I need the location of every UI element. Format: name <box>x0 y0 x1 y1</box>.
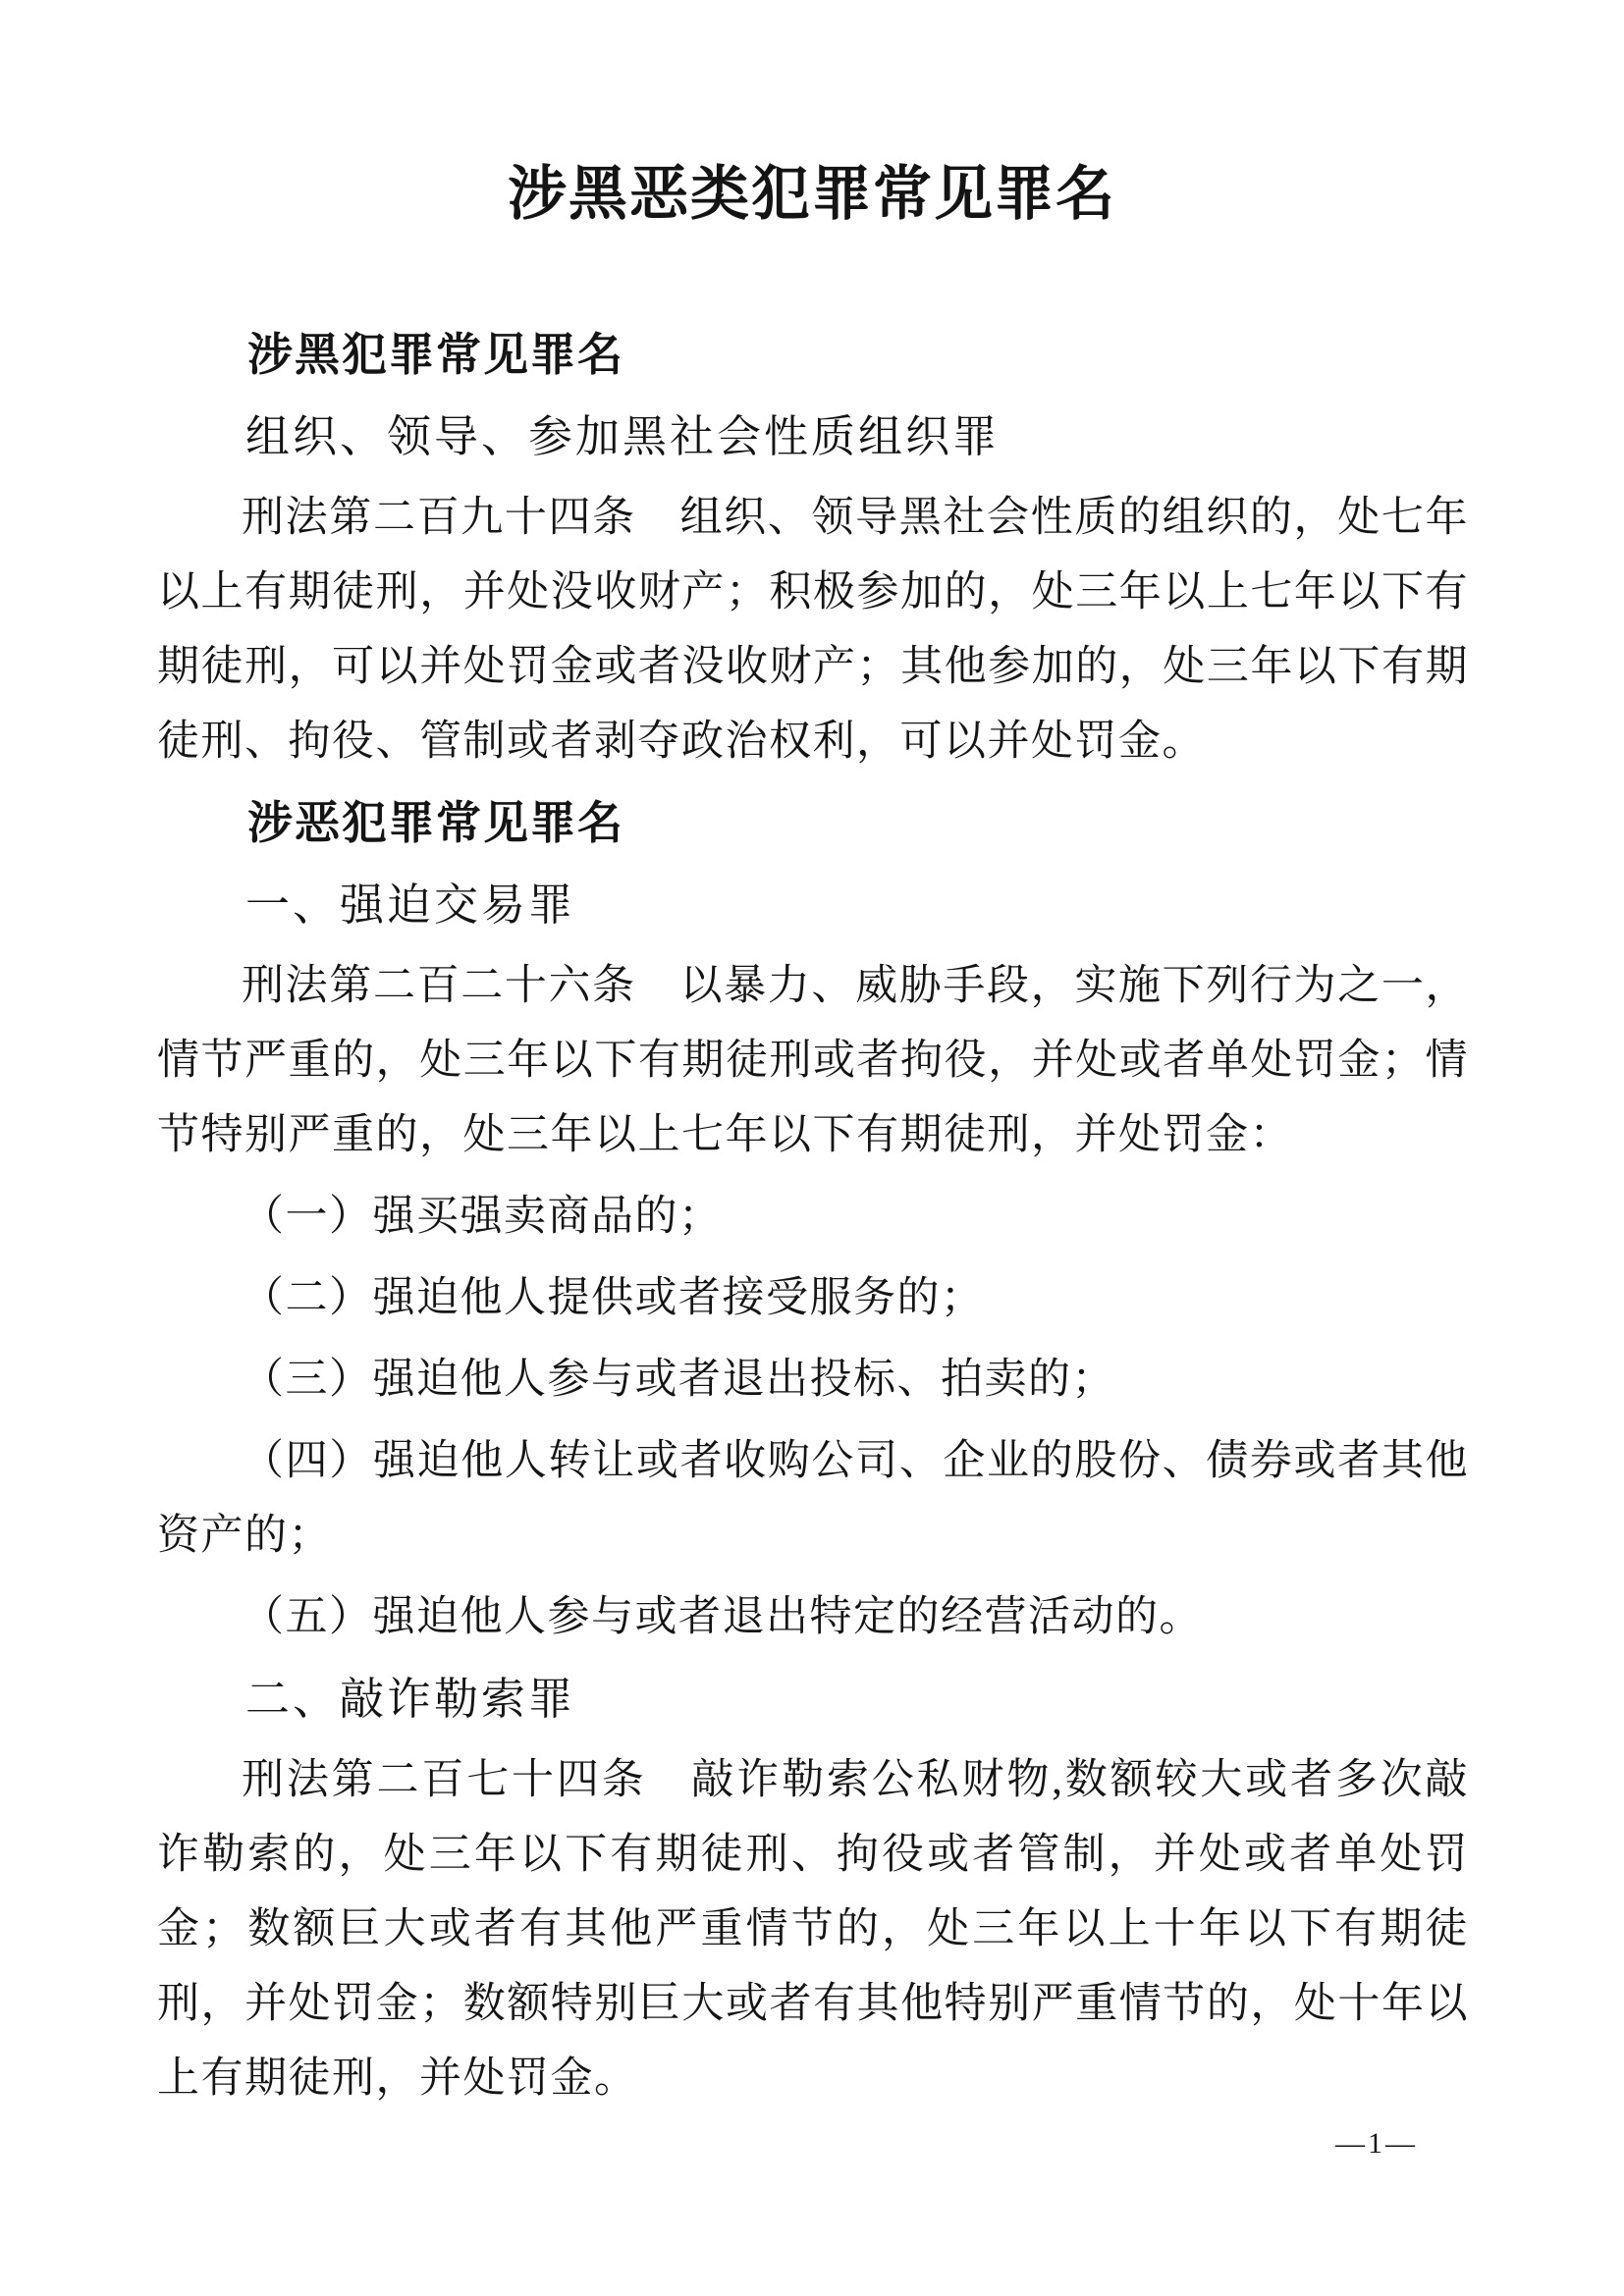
document-title: 涉黑恶类犯罪常见罪名 <box>0 0 1624 226</box>
article-226-item-1: （一）强买强卖商品的； <box>157 1180 1469 1255</box>
page-number: —1— <box>1335 2126 1418 2162</box>
document-body: 涉黑犯罪常见罪名 组织、领导、参加黑社会性质组织罪 刑法第二百九十四条 组织、领… <box>157 318 1469 2116</box>
article-226-item-3: （三）强迫他人参与或者退出投标、拍卖的； <box>157 1343 1469 1417</box>
section-heading-shee-crimes: 涉恶犯罪常见罪名 <box>157 786 1469 861</box>
section-heading-shehei-crimes: 涉黑犯罪常见罪名 <box>157 318 1469 393</box>
article-226-paragraph: 刑法第二百二十六条 以暴力、威胁手段，实施下列行为之一，情节严重的，处三年以下有… <box>157 949 1469 1173</box>
article-226-item-4: （四）强迫他人转让或者收购公司、企业的股份、债券或者其他资产的； <box>157 1424 1469 1574</box>
crime-name-organizing-leading-participating: 组织、领导、参加黑社会性质组织罪 <box>157 400 1469 474</box>
article-294-paragraph: 刑法第二百九十四条 组织、领导黑社会性质的组织的，处七年以上有期徒刑，并处没收财… <box>157 481 1469 779</box>
article-226-item-5: （五）强迫他人参与或者退出特定的经营活动的。 <box>157 1580 1469 1655</box>
article-226-item-2: （二）强迫他人提供或者接受服务的； <box>157 1261 1469 1336</box>
crime-name-forced-transaction: 一、强迫交易罪 <box>157 868 1469 942</box>
document-page: 涉黑恶类犯罪常见罪名 涉黑犯罪常见罪名 组织、领导、参加黑社会性质组织罪 刑法第… <box>0 0 1624 2296</box>
crime-name-extortion: 二、敲诈勒索罪 <box>157 1662 1469 1736</box>
article-274-paragraph: 刑法第二百七十四条 敲诈勒索公私财物,数额较大或者多次敲诈勒索的，处三年以下有期… <box>157 1743 1469 2116</box>
